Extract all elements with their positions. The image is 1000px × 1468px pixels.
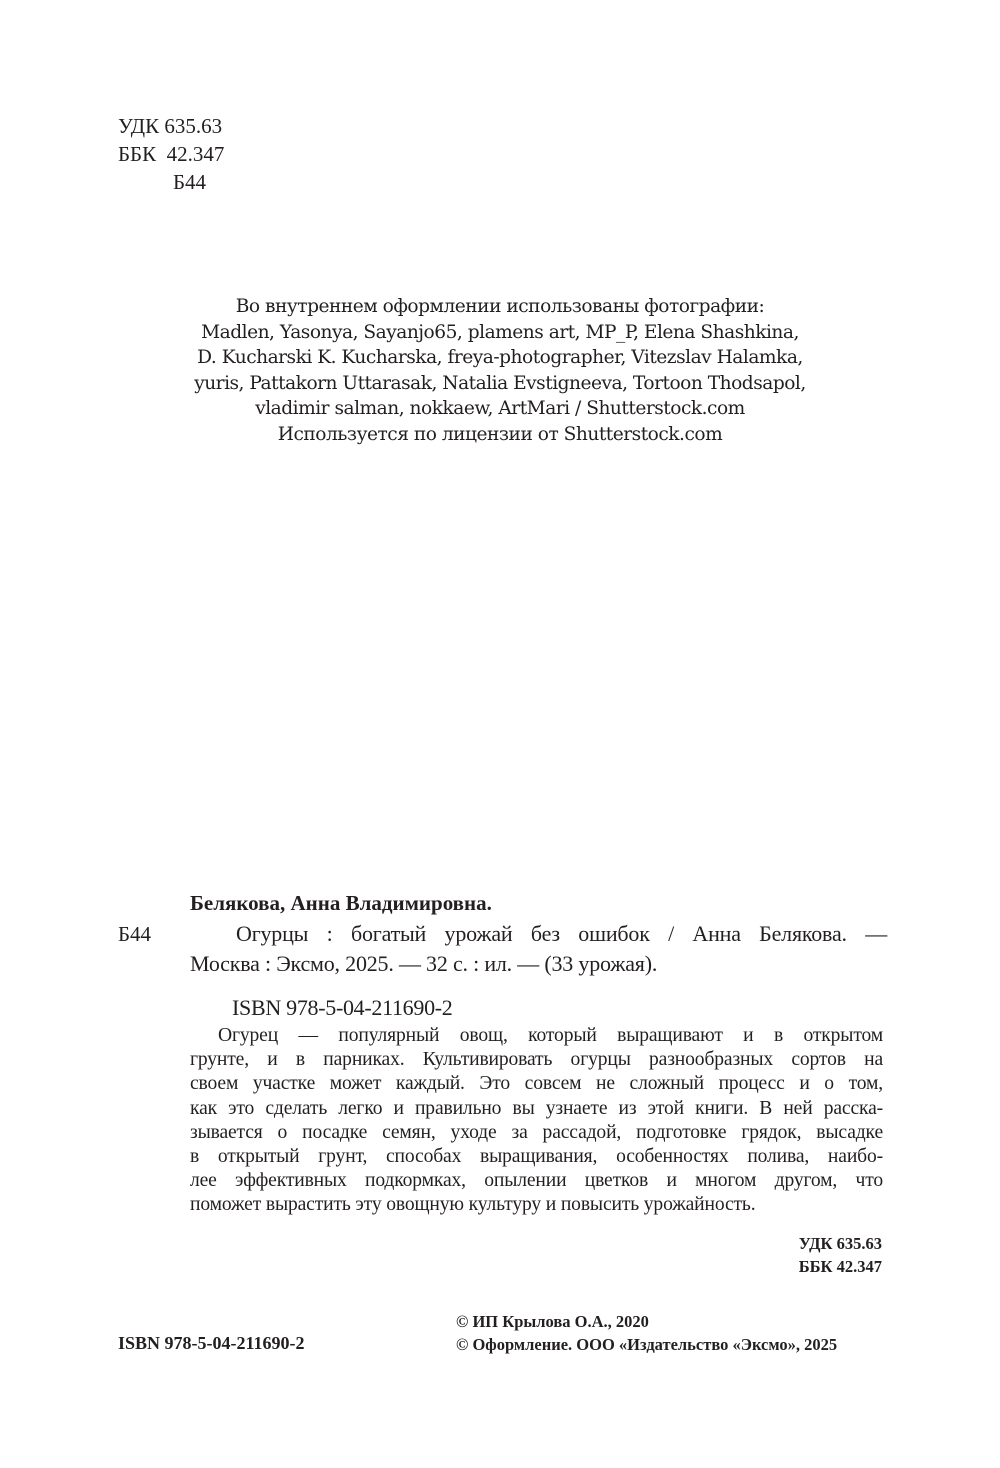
annotation-line: грунте, и в парниках. Культивировать огу…: [190, 1048, 883, 1072]
credits-line: Madlen, Yasonya, Sayanjo65, plamens art,…: [0, 320, 1000, 346]
annotation-line: в открытый грунт, способах выращивания, …: [190, 1145, 883, 1169]
copyright-author: © ИП Крылова О.А., 2020: [456, 1310, 837, 1333]
classification-codes-bottom: УДК 635.63 ББК 42.347: [799, 1232, 882, 1278]
annotation-line: Огурец — популярный овощ, который выращи…: [190, 1024, 883, 1048]
annotation-line: лее эффективных подкормках, опылении цве…: [190, 1169, 883, 1193]
annotation-line: своем участке может каждый. Это совсем н…: [190, 1072, 883, 1096]
udk-code: УДК 635.63: [118, 112, 224, 140]
publication-details: Москва : Эксмо, 2025. — 32 с. : ил. — (3…: [190, 949, 887, 979]
credits-line: Во внутреннем оформлении использованы фо…: [0, 294, 1000, 320]
classification-codes-top: УДК 635.63 ББК 42.347 Б44: [118, 112, 224, 196]
udk-code-bottom: УДК 635.63: [799, 1232, 882, 1255]
bbk-code-bottom: ББК 42.347: [799, 1255, 882, 1278]
credits-line: yuris, Pattakorn Uttarasak, Natalia Evst…: [0, 371, 1000, 397]
bbk-code: ББК 42.347: [118, 140, 224, 168]
copyright-notices: © ИП Крылова О.А., 2020 © Оформление. ОО…: [456, 1310, 837, 1356]
footer-isbn: ISBN 978-5-04-211690-2: [118, 1331, 305, 1355]
photo-credits: Во внутреннем оформлении использованы фо…: [0, 294, 1000, 448]
copyright-publisher: © Оформление. ООО «Издательство «Эксмо»,…: [456, 1333, 837, 1356]
credits-line: vladimir salman, nokkaew, ArtMari / Shut…: [0, 396, 1000, 422]
isbn-number: ISBN 978-5-04-211690-2: [232, 993, 453, 1023]
author-mark-biblio: Б44: [118, 920, 151, 948]
title-statement: Огурцы : богатый урожай без ошибок / Анн…: [190, 919, 887, 949]
annotation-line: поможет вырастить эту овощную культуру и…: [190, 1193, 883, 1217]
author-heading: Белякова, Анна Владимировна.: [190, 889, 492, 917]
credits-line: D. Kucharski K. Kucharska, freya-photogr…: [0, 345, 1000, 371]
annotation-line: зывается о посадке семян, уходе за расса…: [190, 1121, 883, 1145]
annotation-line: как это сделать легко и правильно вы узн…: [190, 1097, 883, 1121]
license-line: Используется по лицензии от Shutterstock…: [0, 422, 1000, 448]
author-mark: Б44: [118, 168, 224, 196]
book-annotation: Огурец — популярный овощ, который выращи…: [190, 1024, 883, 1218]
